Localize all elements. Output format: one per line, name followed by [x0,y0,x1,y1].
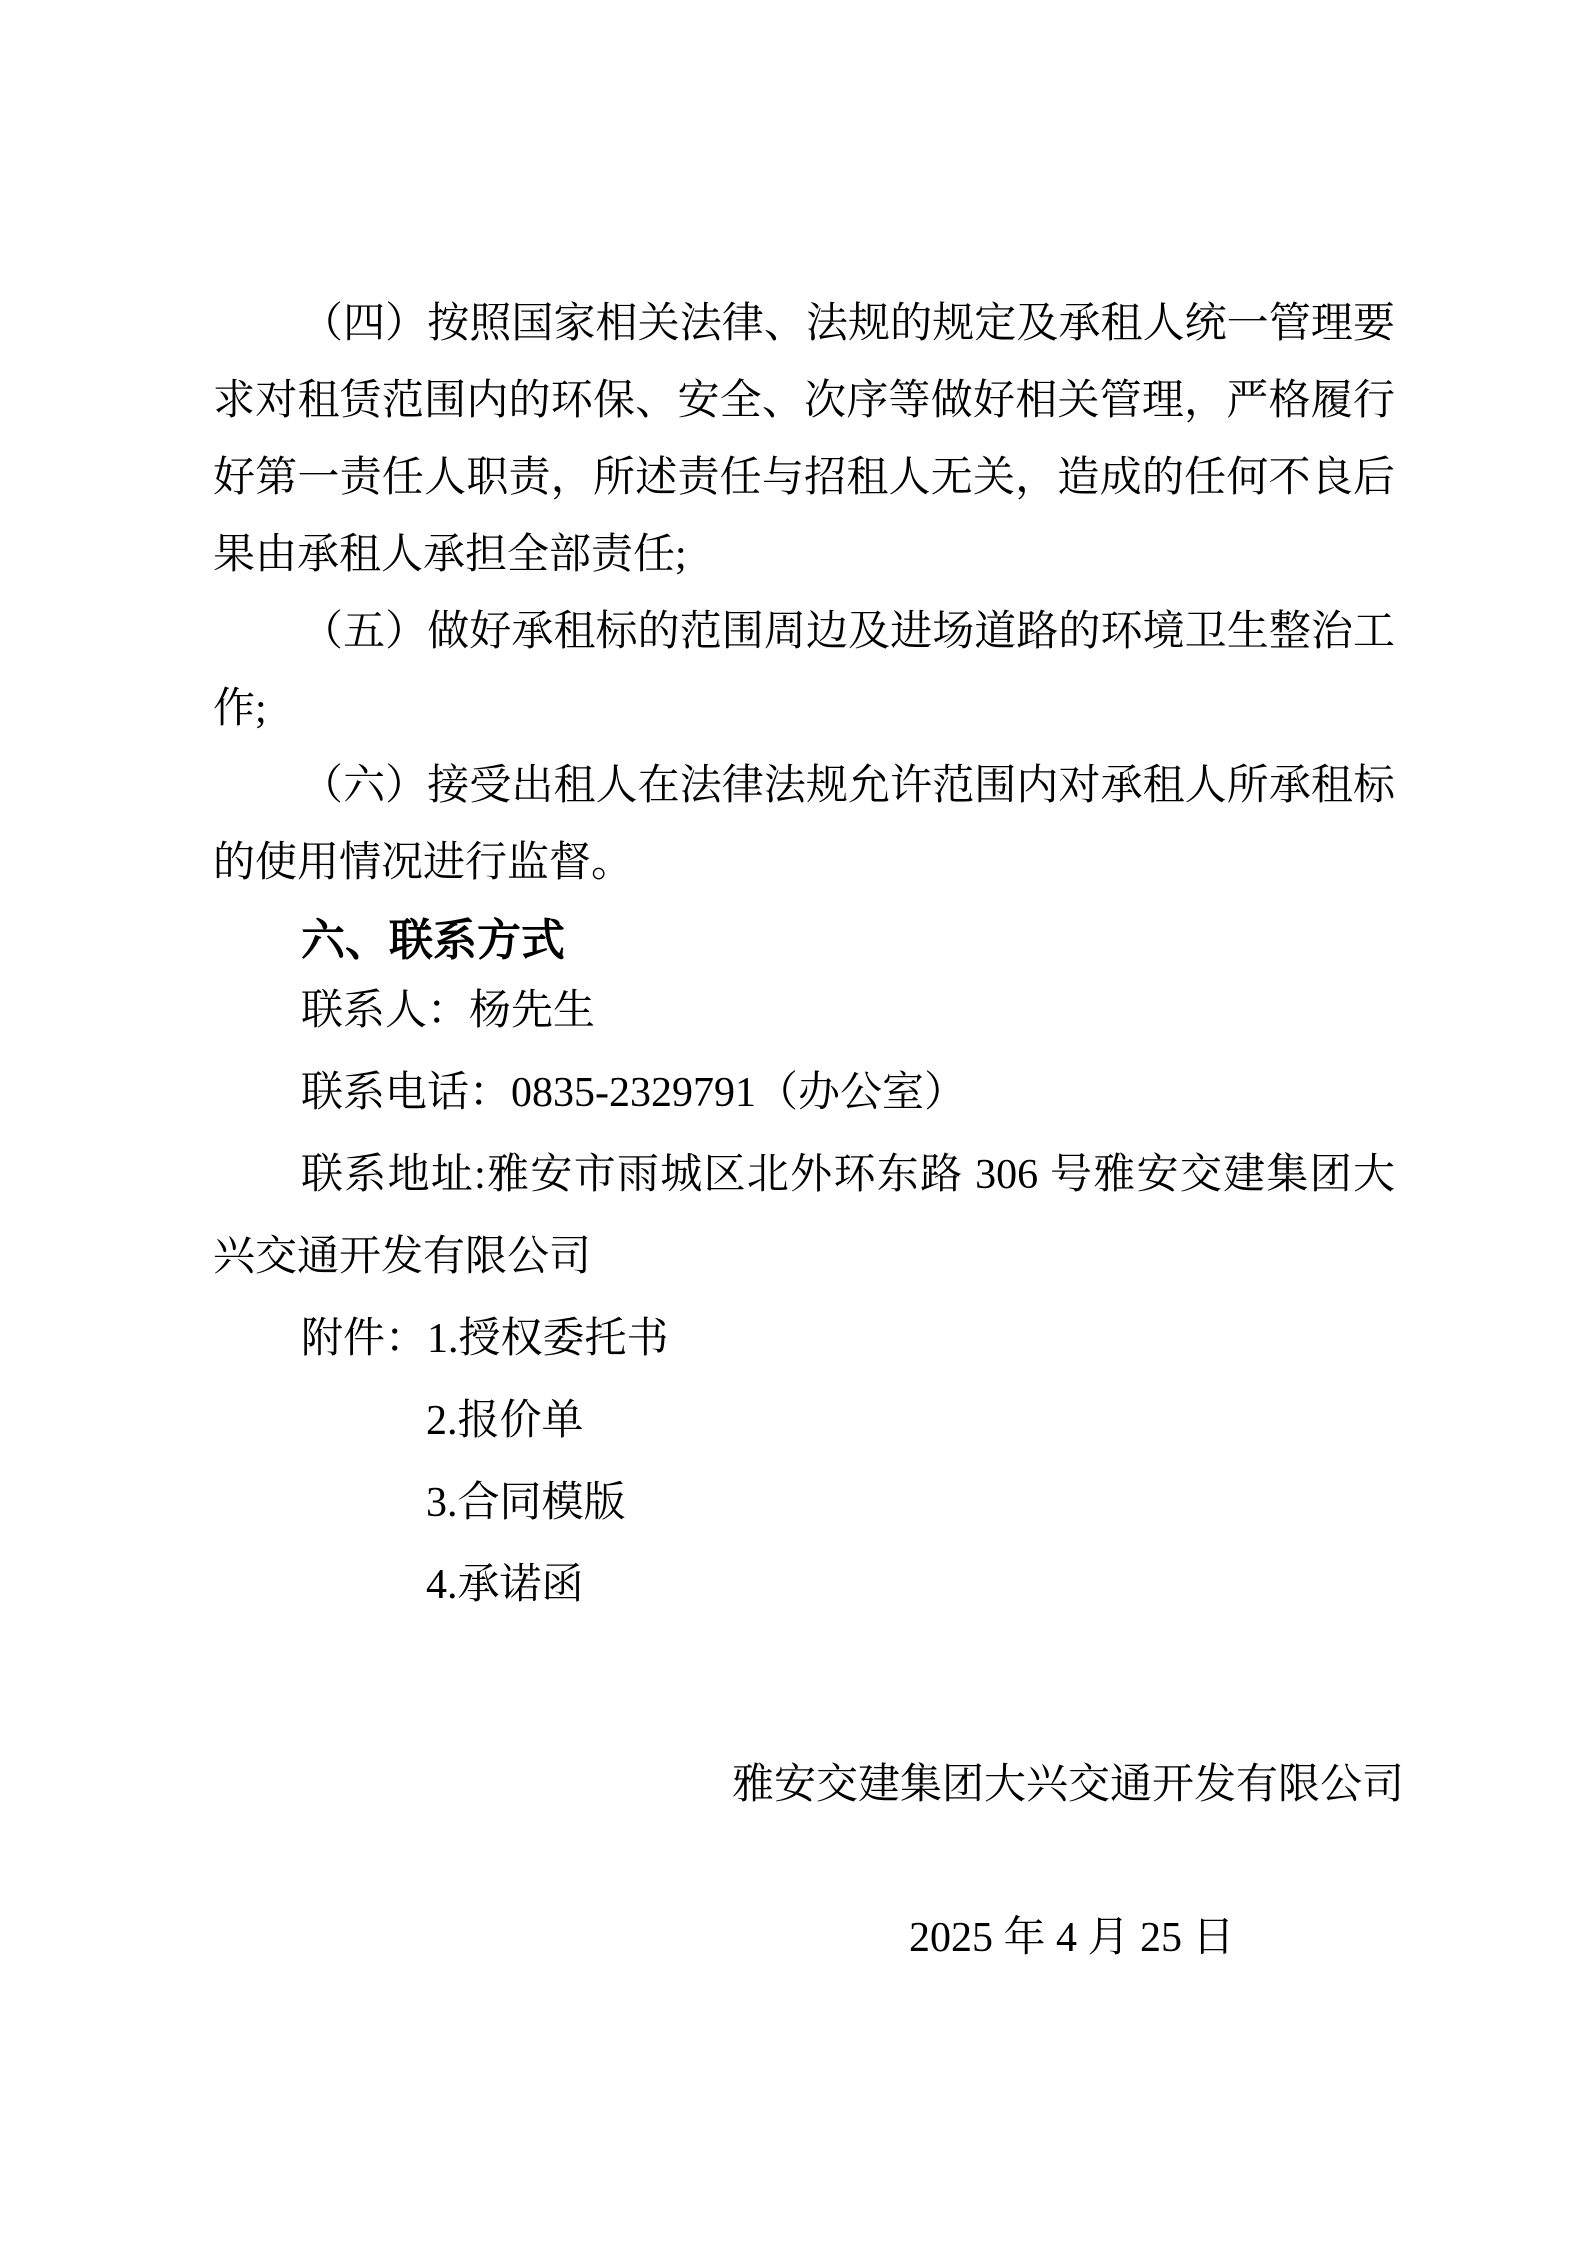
contact-person-line: 联系人：杨先生 [213,973,1395,1050]
attachment-item-3: 3.合同模版 [426,1465,1186,1542]
clause-four-line-3: 好第一责任人职责，所述责任与招租人无关，造成的任何不良后 [213,440,1395,517]
attachments-label-and-item-1: 附件：1.授权委托书 [213,1301,1395,1378]
contact-section-heading: 六、联系方式 [213,902,1395,979]
document-page: （四）按照国家相关法律、法规的规定及承租人统一管理要 求对租赁范围内的环保、安全… [0,0,1587,2245]
signature-date: 2025 年 4 月 25 日 [909,1900,1235,1977]
clause-six-line-2: 的使用情况进行监督。 [213,825,1395,902]
clause-five-line-2: 作; [213,671,1395,748]
contact-address-line-2: 兴交通开发有限公司 [213,1219,1395,1296]
signature-company-name: 雅安交建集团大兴交通开发有限公司 [732,1747,1404,1824]
attachment-item-2: 2.报价单 [426,1383,1186,1460]
clause-five-line-1: （五）做好承租标的范围周边及进场道路的环境卫生整治工 [213,594,1395,671]
clause-four-line-4: 果由承租人承担全部责任; [213,517,1395,594]
clause-four-line-1: （四）按照国家相关法律、法规的规定及承租人统一管理要 [213,286,1395,363]
clause-six-line-1: （六）接受出租人在法律法规允许范围内对承租人所承租标 [213,748,1395,825]
contact-phone-line: 联系电话：0835-2329791（办公室） [213,1055,1395,1132]
clause-four-line-2: 求对租赁范围内的环保、安全、次序等做好相关管理，严格履行 [213,363,1395,440]
attachment-item-4: 4.承诺函 [426,1547,1186,1624]
contact-address-line-1: 联系地址:雅安市雨城区北外环东路 306 号雅安交建集团大 [213,1137,1395,1214]
